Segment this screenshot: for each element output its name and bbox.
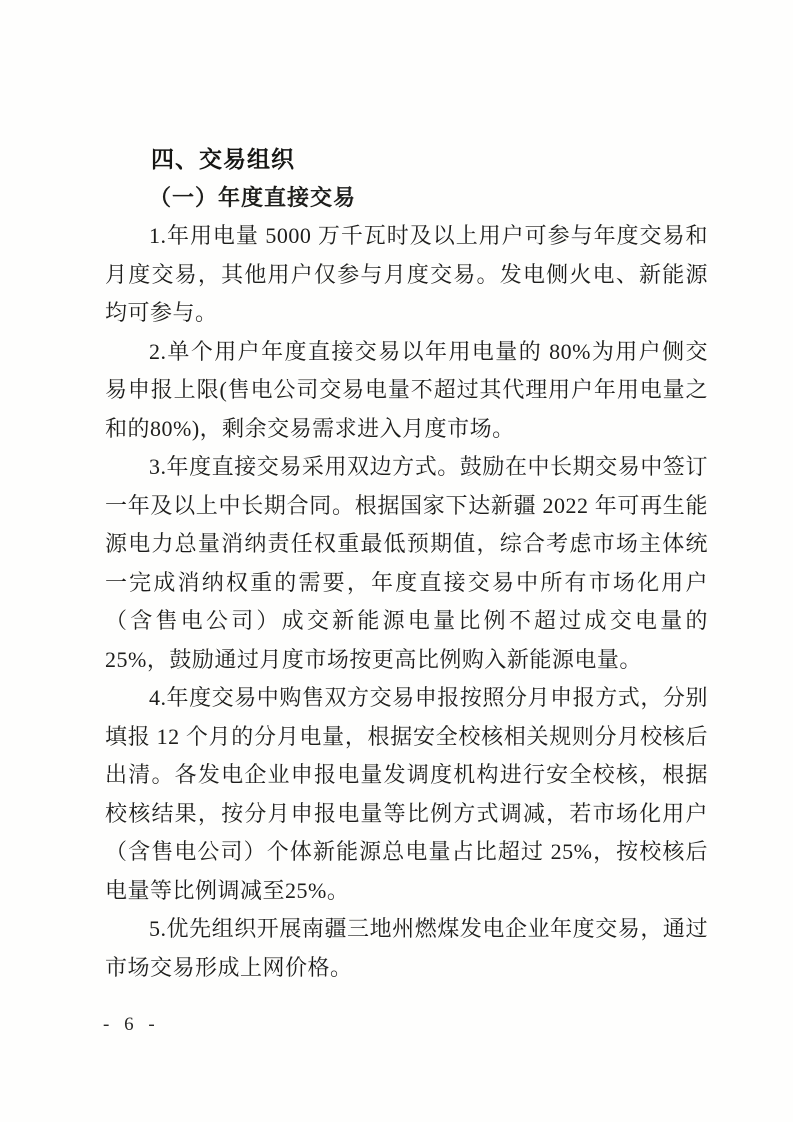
section-heading: 四、交易组织 xyxy=(105,140,708,179)
document-page: 四、交易组织 （一）年度直接交易 1.年用电量 5000 万千瓦时及以上用户可参… xyxy=(0,0,793,1122)
paragraph-2: 2.单个用户年度直接交易以年用电量的 80%为用户侧交易申报上限(售电公司交易电… xyxy=(105,333,708,449)
paragraph-5: 5.优先组织开展南疆三地州燃煤发电企业年度交易，通过市场交易形成上网价格。 xyxy=(105,910,708,987)
paragraph-4: 4.年度交易中购售双方交易申报按照分月申报方式，分别填报 12 个月的分月电量，… xyxy=(105,679,708,910)
document-content: 四、交易组织 （一）年度直接交易 1.年用电量 5000 万千瓦时及以上用户可参… xyxy=(105,140,708,987)
paragraph-1: 1.年用电量 5000 万千瓦时及以上用户可参与年度交易和月度交易，其他用户仅参… xyxy=(105,217,708,333)
page-number: - 6 - xyxy=(103,1014,160,1036)
paragraph-3: 3.年度直接交易采用双边方式。鼓励在中长期交易中签订一年及以上中长期合同。根据国… xyxy=(105,448,708,679)
subsection-heading: （一）年度直接交易 xyxy=(105,179,708,218)
